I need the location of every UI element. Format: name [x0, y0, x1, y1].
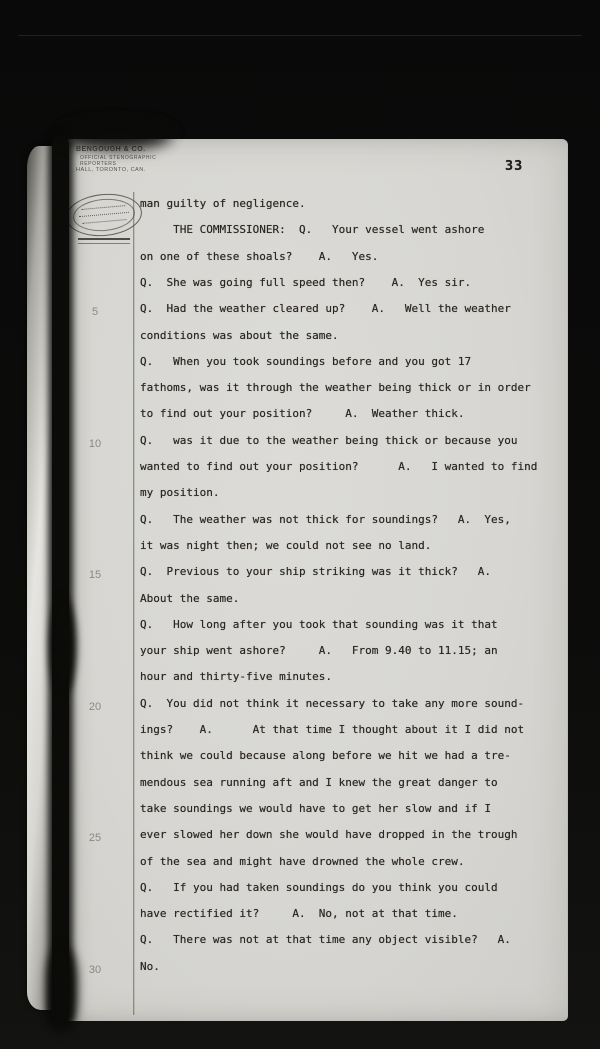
- margin-line-number: 25: [80, 832, 110, 844]
- transcript-line: Q. When you took soundings before and yo…: [140, 355, 471, 369]
- scan-artifact-line: [18, 35, 582, 36]
- transcript-line: No.: [140, 960, 160, 974]
- transcript-line: wanted to find out your position? A. I w…: [140, 460, 537, 474]
- book-gutter-shadow-bottom: [47, 948, 77, 1030]
- transcript-line: mendous sea running aft and I knew the g…: [140, 776, 498, 790]
- transcript-line: Q. You did not think it necessary to tak…: [140, 697, 524, 711]
- transcript-line: your ship went ashore? A. From 9.40 to 1…: [140, 644, 498, 658]
- margin-line-number: 5: [80, 306, 110, 318]
- transcript-line: fathoms, was it through the weather bein…: [140, 381, 531, 395]
- book-gutter-shadow-top: [60, 122, 172, 150]
- transcript-text: man guilty of negligence. THE COMMISSION…: [140, 197, 564, 997]
- transcript-line: conditions was about the same.: [140, 329, 339, 343]
- transcript-line: to find out your position? A. Weather th…: [140, 407, 465, 421]
- oval-certification-stamp-icon: [64, 191, 143, 239]
- transcript-line: Q. How long after you took that sounding…: [140, 618, 498, 632]
- transcript-line: ings? A. At that time I thought about it…: [140, 723, 524, 737]
- letterhead-address: HALL, TORONTO, CAN.: [76, 167, 196, 174]
- margin-line-number: 30: [80, 964, 110, 976]
- transcript-line: THE COMMISSIONER: Q. Your vessel went as…: [140, 223, 484, 237]
- stamp-underline: [78, 238, 130, 244]
- reporter-letterhead: BENGOUGH & CO. OFFICIAL STENOGRAPHIC REP…: [76, 146, 196, 174]
- transcript-line: have rectified it? A. No, not at that ti…: [140, 907, 458, 921]
- transcript-line: my position.: [140, 486, 219, 500]
- margin-line-number: 10: [80, 438, 110, 450]
- transcript-line: think we could because along before we h…: [140, 749, 511, 763]
- transcript-line: man guilty of negligence.: [140, 197, 306, 211]
- transcript-line: it was night then; we could not see no l…: [140, 539, 431, 553]
- transcript-line: Q. The weather was not thick for soundin…: [140, 513, 511, 527]
- transcript-line: Q. was it due to the weather being thick…: [140, 434, 518, 448]
- transcript-line: of the sea and might have drowned the wh…: [140, 855, 465, 869]
- transcript-line: hour and thirty-five minutes.: [140, 670, 332, 684]
- transcript-line: Q. There was not at that time any object…: [140, 933, 511, 947]
- transcript-line: Q. She was going full speed then? A. Yes…: [140, 276, 471, 290]
- transcript-line: take soundings we would have to get her …: [140, 802, 491, 816]
- transcript-page: BENGOUGH & CO. OFFICIAL STENOGRAPHIC REP…: [57, 139, 568, 1021]
- margin-line-number: 15: [80, 569, 110, 581]
- book-gutter-shadow-bulge: [50, 598, 76, 694]
- scanned-transcript-photograph: BENGOUGH & CO. OFFICIAL STENOGRAPHIC REP…: [0, 0, 600, 1049]
- transcript-line: Q. Had the weather cleared up? A. Well t…: [140, 302, 511, 316]
- margin-line-number: 20: [80, 701, 110, 713]
- transcript-line: Q. If you had taken soundings do you thi…: [140, 881, 498, 895]
- transcript-line: Q. Previous to your ship striking was it…: [140, 565, 491, 579]
- book-gutter-shadow: [52, 136, 69, 1024]
- transcript-line: About the same.: [140, 592, 239, 606]
- transcript-line: ever slowed her down she would have drop…: [140, 828, 518, 842]
- page-number: 33: [505, 158, 523, 174]
- transcript-line: on one of these shoals? A. Yes.: [140, 250, 378, 264]
- margin-rule-line: [133, 192, 134, 1015]
